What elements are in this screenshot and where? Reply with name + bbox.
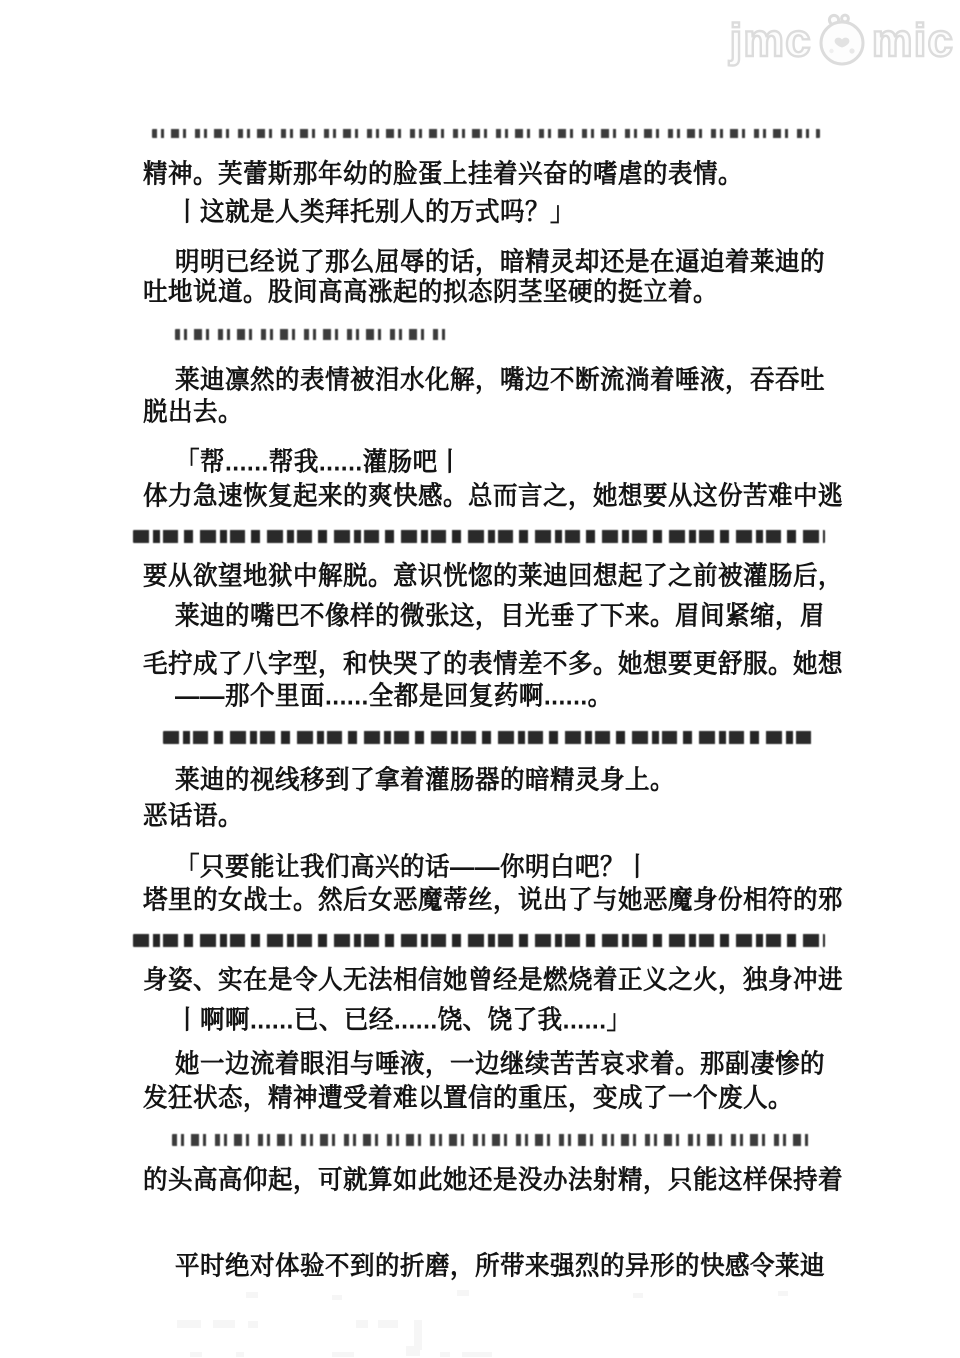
text-line: 平时绝对体验不到的折磨，所带来强烈的异形的快感令莱迪 <box>175 1252 825 1282</box>
text-line: 发狂状态，精神遭受着难以置信的重压，变成了一个废人。 <box>143 1084 793 1114</box>
text-line: ——那个里面......全都是回复药啊......。 <box>175 682 613 712</box>
logo-mascot-icon <box>815 12 869 68</box>
ghost-mark <box>633 1293 643 1298</box>
text-line: 恶话语。 <box>143 802 243 832</box>
smeared-text-line <box>175 329 447 340</box>
text-line: 「只要能让我们高兴的话——你明白吧？丨 <box>175 853 650 883</box>
smeared-text-line <box>163 731 813 744</box>
ghost-mark <box>332 1352 354 1357</box>
text-line: 她一边流着眼泪与唾液，一边继续苦苦哀求着。那副凄惨的 <box>175 1050 825 1080</box>
text-line: 精神。芙蕾斯那年幼的脸蛋上挂着兴奋的嗜虐的表情。 <box>143 160 743 190</box>
text-line: 要从欲望地狱中解脱。意识恍惚的莱迪回想起了之前被灌肠后， <box>143 562 843 592</box>
ghost-mark <box>190 1352 202 1357</box>
text-line: 塔里的女战士。然后女恶魔蒂丝，说出了与她恶魔身份相符的邪 <box>143 886 843 916</box>
smeared-text-line <box>172 1134 817 1146</box>
logo-text-right: mic <box>872 17 954 63</box>
text-line: 体力急速恢复起来的爽快感。总而言之，她想要从这份苦难中逃 <box>143 482 843 512</box>
ghost-mark <box>246 1292 258 1298</box>
smeared-text-line <box>133 530 825 543</box>
ghost-mark <box>236 1352 244 1357</box>
text-line: 莱迪凛然的表情被泪水化解，嘴边不断流淌着唾液，吞吞吐 <box>175 366 825 396</box>
text-line: 莱迪的视线移到了拿着灌肠器的暗精灵身上。 <box>175 766 675 796</box>
text-line: 丨这就是人类拜托别人的万式吗？」 <box>175 198 575 228</box>
text-line: 明明已经说了那么屈辱的话，暗精灵却还是在逼迫着莱迪的 <box>175 248 825 278</box>
ghost-mark <box>177 1320 201 1328</box>
smeared-text-line <box>133 934 825 947</box>
ghost-mark <box>356 1320 368 1328</box>
text-line: 吐地说道。股间高高涨起的拟态阴茎坚硬的挺立着。 <box>143 278 718 308</box>
jmcomic-logo: jmc mic <box>729 12 954 68</box>
ghost-mark <box>462 1352 492 1357</box>
ghost-mark <box>248 1321 258 1328</box>
logo-text-left: jmc <box>729 17 811 63</box>
novel-page: jmc mic 精神。芙蕾斯那年幼的脸蛋上挂着兴奋的嗜虐的表情。丨这就是人类拜托… <box>0 0 960 1358</box>
smeared-text-line <box>152 129 820 138</box>
ghost-mark <box>457 1290 469 1296</box>
text-line: 丨啊啊......已、已经......饶、饶了我......」 <box>175 1006 632 1036</box>
text-line: 身姿、实在是令人无法相信她曾经是燃烧着正义之火，独身冲进 <box>143 966 843 996</box>
text-line: 莱迪的嘴巴不像样的微张这，目光垂了下来。眉间紧缩，眉 <box>175 602 825 632</box>
text-line: 的头高高仰起，可就算如此她还是没办法射精，只能这样保持着 <box>143 1166 843 1196</box>
ghost-mark <box>213 1320 235 1328</box>
ghost-mark <box>332 1295 342 1300</box>
ghost-mark <box>778 1291 788 1296</box>
text-line: 毛拧成了八字型，和快哭了的表情差不多。她想要更舒服。她想 <box>143 650 843 680</box>
ghost-mark <box>378 1320 398 1328</box>
text-line: 脱出去。 <box>143 398 243 428</box>
ghost-mark <box>440 1352 450 1357</box>
text-line: 「帮......帮我......灌肠吧丨 <box>175 448 463 478</box>
ghost-mark <box>406 1346 420 1356</box>
